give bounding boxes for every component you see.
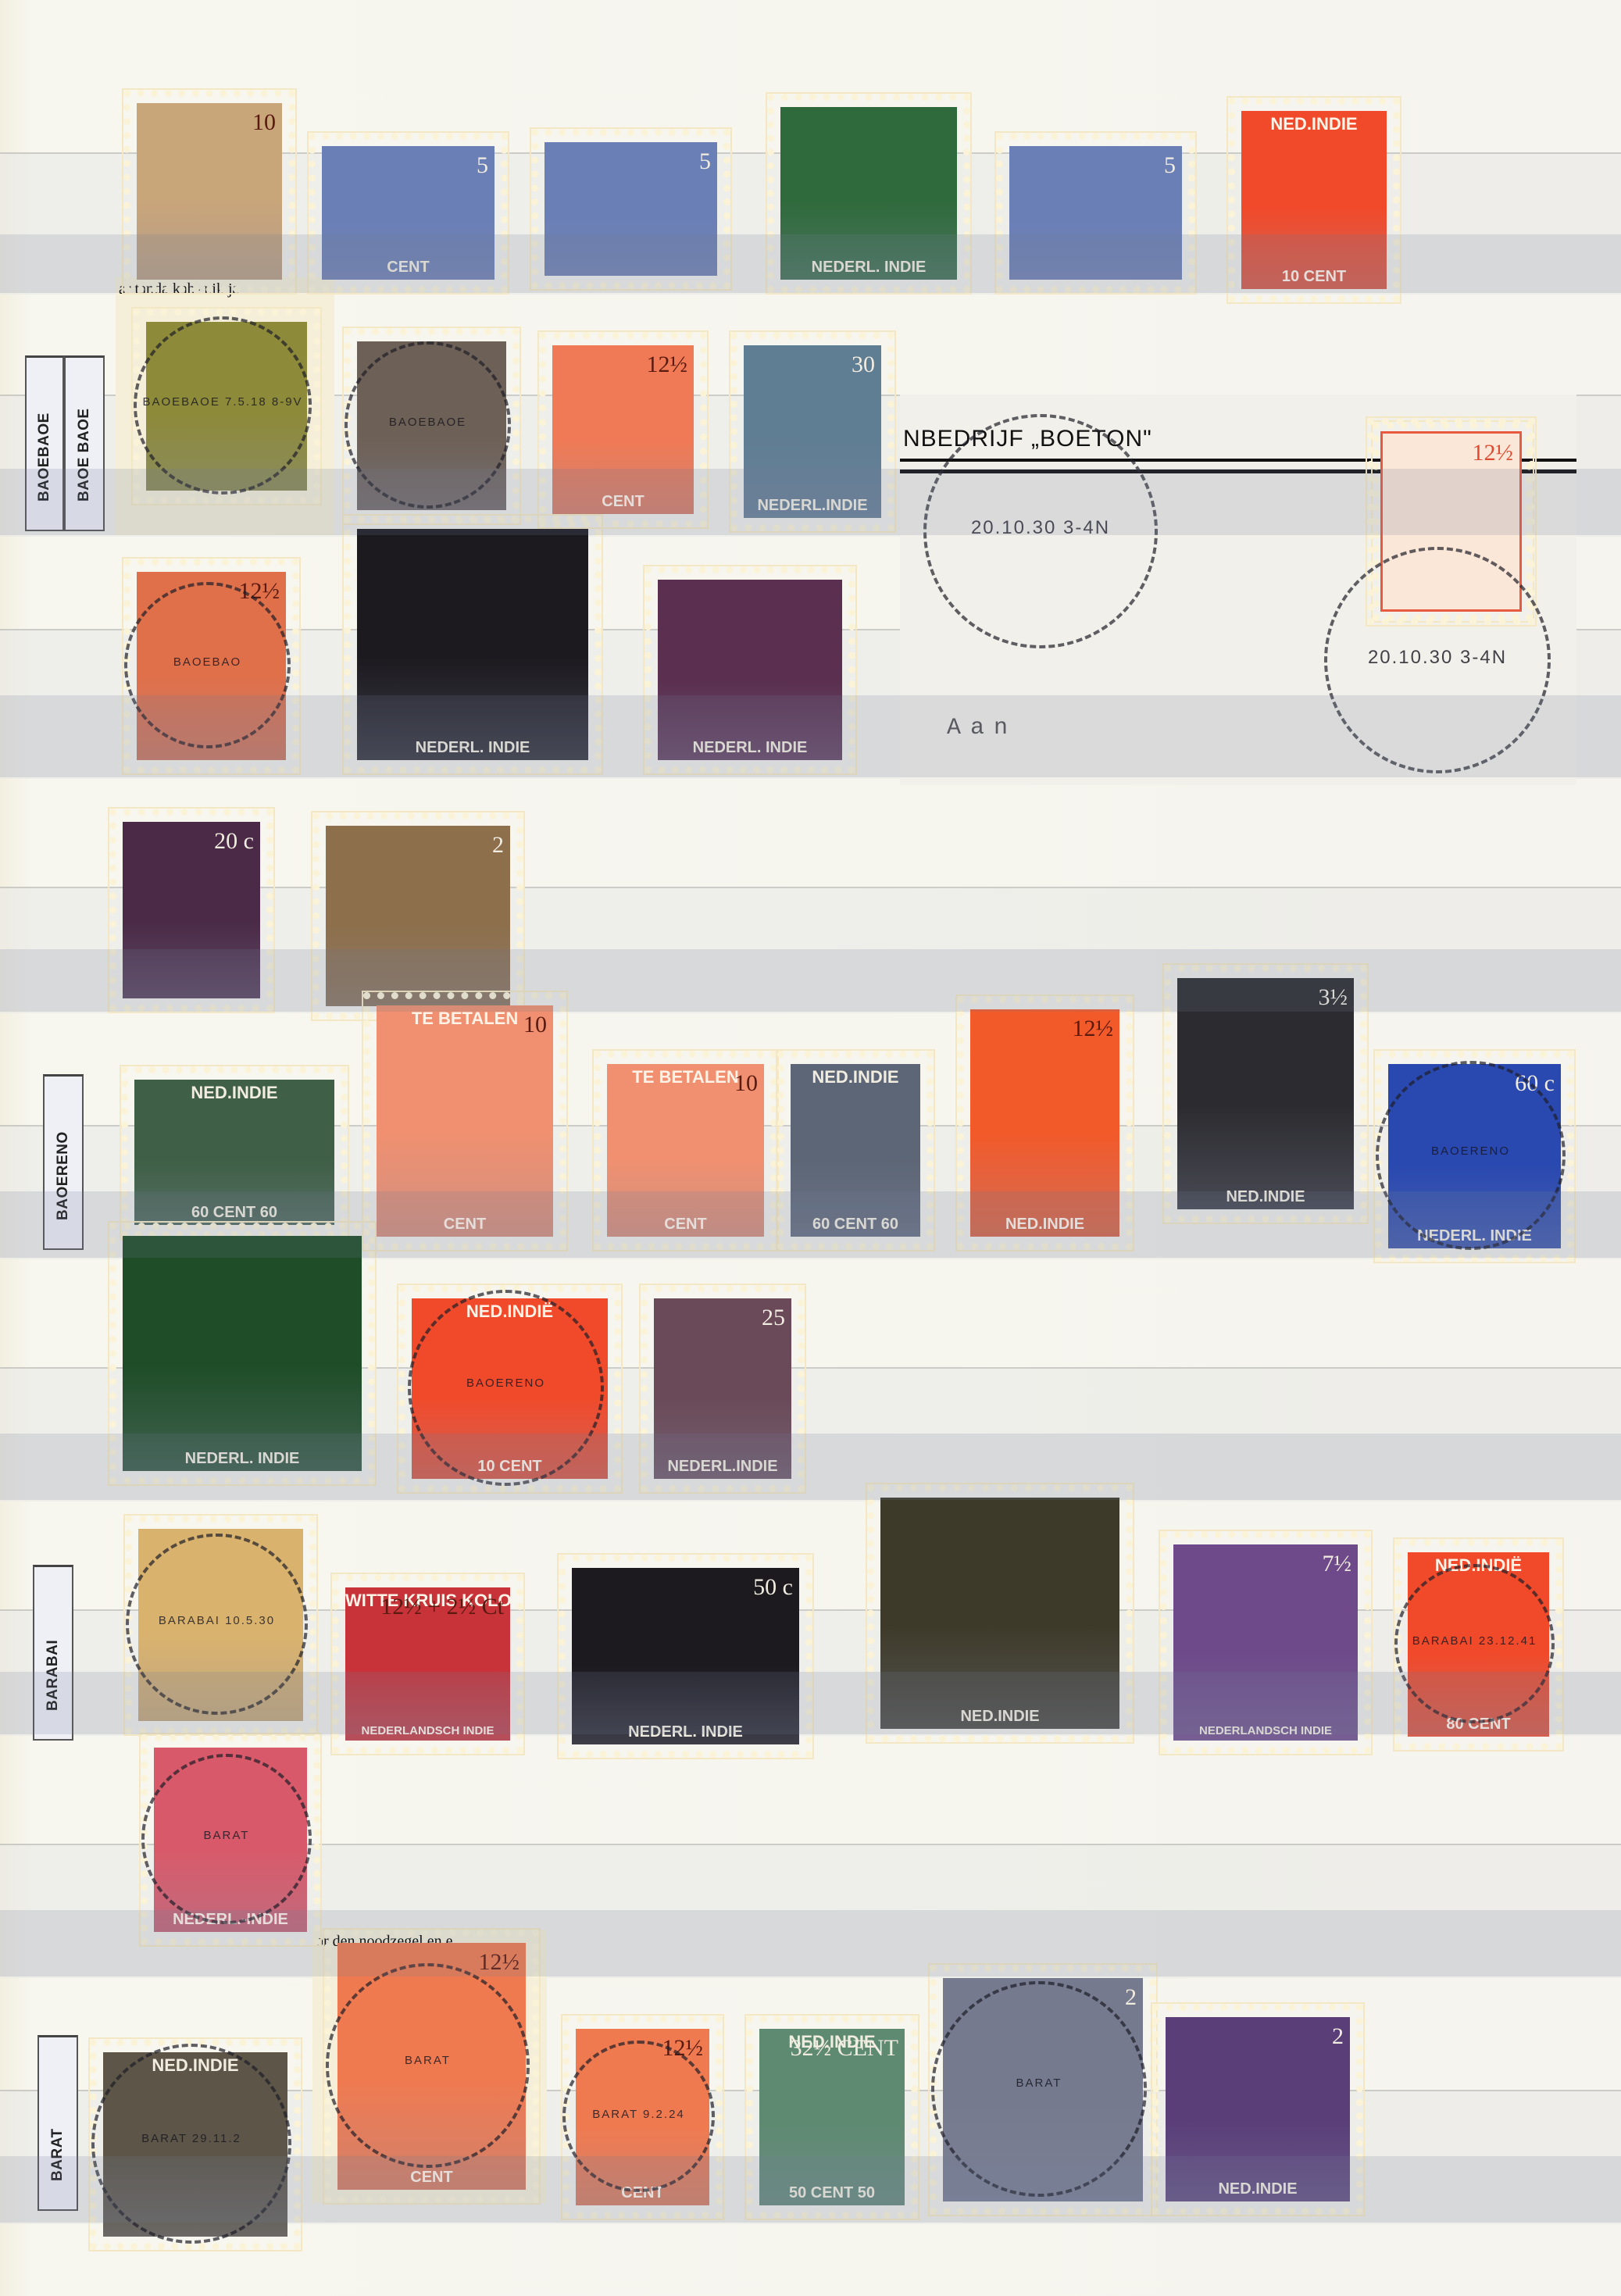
stamp-design: 12½ xyxy=(137,572,286,760)
stamp: BAOEBAOE 7.5.18 8-9V xyxy=(133,309,320,504)
stamp-inscription-bottom: 60 CENT 60 xyxy=(134,1204,334,1222)
stamp: 2BARAT xyxy=(930,1965,1156,2215)
stamp-design: 7½NEDERLANDSCH INDIE xyxy=(1173,1544,1358,1741)
section-label-baoereno: BAOERENO xyxy=(43,1074,84,1250)
stamp-inscription-bottom: 10 CENT xyxy=(1241,268,1387,286)
stamp-inscription-bottom: 80 CENT xyxy=(1408,1716,1549,1734)
stamp-inscription-bottom: NEDERL.INDIE xyxy=(654,1458,791,1476)
stamp: NED.INDIE10 CENT xyxy=(1228,98,1400,302)
stamp-inscription-bottom: CENT xyxy=(576,2184,709,2202)
stamp-design: WITTE KRUIS KOLONIE 193112½ + 2½ CtNEDER… xyxy=(345,1587,510,1741)
stamp-design: 20 c xyxy=(123,822,260,998)
stamp-design: 3½NED.INDIE xyxy=(1177,978,1354,1209)
stamp-inscription-bottom: NED.INDIE xyxy=(970,1216,1119,1234)
stock-book-page: BAOEBAOE BAOE BAOE BAOERENO BARABAI BARA… xyxy=(0,0,1621,2296)
stamp: NED.INDIE60 CENT 60 xyxy=(121,1066,348,1238)
stamp-design: 12½CENT xyxy=(337,1943,526,2190)
stamp-design: 12½CENT xyxy=(552,345,694,514)
stamp-denomination: 2 xyxy=(1332,2023,1344,2050)
stamp-design: 2 xyxy=(943,1978,1143,2201)
cover-header-text: NBEDRIJF „BOETON" xyxy=(903,426,1152,452)
stamp: NEDERL.-INDIEBARAT xyxy=(141,1734,320,1945)
stamp-denomination: 12½ xyxy=(239,578,280,605)
stamp-denomination: 12½ + 2½ Ct xyxy=(380,1594,504,1620)
stamp: NEDERL. INDIE xyxy=(109,1223,375,1484)
stamp-design: 60 cNEDERL. INDIE xyxy=(1388,1064,1561,1248)
stamp-design: 5 xyxy=(1009,146,1182,280)
stamp-inscription-bottom: NEDERL. INDIE xyxy=(572,1723,799,1741)
stamp-design: NED.INDIE32½ CENT50 CENT 50 xyxy=(759,2029,905,2205)
stamp-design: 2 xyxy=(326,826,510,1006)
stamp-denomination: 5 xyxy=(699,148,711,175)
stamp-design: TE BETALEN10CENT xyxy=(377,1005,553,1237)
stamp: 12½CENT xyxy=(539,332,707,527)
stamp: 25NEDERL.INDIE xyxy=(641,1285,805,1492)
stamp-design: NED.INDIE xyxy=(103,2052,287,2237)
stamp: 12½NED.INDIE xyxy=(957,996,1133,1250)
section-label-baoebaoe: BAOEBAOE xyxy=(25,355,64,531)
stamp-inscription-bottom: NED.INDIE xyxy=(1166,2180,1350,2198)
stamp-denomination: 3½ xyxy=(1319,984,1348,1011)
stamp-denomination: 12½ xyxy=(1073,1016,1114,1042)
stamp-design: NED.INDIE60 CENT 60 xyxy=(791,1064,920,1237)
stamp: 60 cNEDERL. INDIEBAOERENO xyxy=(1375,1051,1574,1262)
stamp: NED.INDIE60 CENT 60 xyxy=(777,1051,934,1250)
stamp-denomination: 2 xyxy=(1125,1984,1137,2011)
section-label-barat: BARAT xyxy=(37,2035,78,2211)
stamp-design: NEDERL.-INDIE xyxy=(154,1748,307,1932)
stamp-design: 12½ xyxy=(1380,431,1522,612)
section-label-barabai: BARABAI xyxy=(33,1565,73,1741)
stamp-denomination: 7½ xyxy=(1323,1551,1352,1577)
stamp-inscription-top: NED.INDIE xyxy=(791,1067,920,1087)
stamp: 5 xyxy=(531,129,730,289)
stamp-design: NEDERL. INDIE xyxy=(357,529,588,760)
stamp: 5 xyxy=(996,133,1195,293)
cover-stamp: 12½ xyxy=(1367,418,1535,625)
stamp: NED.INDIË80 CENTBARABAI 23.12.41 xyxy=(1394,1539,1562,1750)
stamp-design: 30NEDERL.INDIE xyxy=(744,345,881,518)
stamp-design xyxy=(146,322,307,491)
stamp-design xyxy=(138,1529,303,1721)
stamp-denomination: 5 xyxy=(1164,152,1176,179)
stamp-design xyxy=(357,341,506,510)
stamp-denomination: 10 xyxy=(252,109,276,136)
stamp-denomination: 12½ xyxy=(662,2035,704,2062)
stamp-design: 12½CENT xyxy=(576,2029,709,2205)
stamp-denomination: 10 xyxy=(523,1012,547,1038)
stamp-inscription-top: NED.INDIË xyxy=(1408,1555,1549,1576)
stamp-inscription-bottom: NEDERL. INDIE xyxy=(658,739,842,757)
stamp: 2 xyxy=(312,812,523,1019)
stamp-inscription-bottom: 10 CENT xyxy=(412,1458,608,1476)
stamp: TE BETALEN10CENT xyxy=(363,992,566,1250)
stamp-inscription-bottom: CENT xyxy=(337,2169,526,2187)
stamp-design: 10 xyxy=(137,103,282,280)
stamp-design: NED.INDIE10 CENT xyxy=(1241,111,1387,289)
stamp: WITTE KRUIS KOLONIE 193112½ + 2½ CtNEDER… xyxy=(332,1574,523,1754)
stamp-design: NEDERL. INDIE xyxy=(658,580,842,760)
stamp-inscription-bottom: NEDERL.-INDIE xyxy=(154,1911,307,1929)
stamp-inscription-top: NED.INDIE xyxy=(134,1083,334,1103)
stamp-design: NEDERL. INDIE xyxy=(123,1236,362,1471)
stamp-design: 25NEDERL.INDIE xyxy=(654,1298,791,1479)
stamp-design: 50 cNEDERL. INDIE xyxy=(572,1568,799,1744)
stamp-inscription-bottom: NED.INDIE xyxy=(1177,1188,1354,1206)
stamp-denomination: 20 c xyxy=(214,828,254,855)
stamp-design: NED.INDIE60 CENT 60 xyxy=(134,1080,334,1225)
stamp: 12½BAOEBAO xyxy=(123,559,299,773)
stamp: BARABAI 10.5.30 xyxy=(125,1516,316,1734)
stamp: NEDERL. INDIE xyxy=(644,566,855,773)
stamp: 7½NEDERLANDSCH INDIE xyxy=(1160,1531,1371,1754)
stamp-inscription-bottom: NEDERL. INDIE xyxy=(123,1450,362,1468)
stamp-inscription-bottom: CENT xyxy=(552,493,694,511)
stamp-inscription-bottom: 60 CENT 60 xyxy=(791,1216,920,1234)
stamp-inscription-bottom: NEDERL. INDIE xyxy=(357,739,588,757)
stamp-inscription-top: NED.INDIE xyxy=(1241,114,1387,134)
section-label-baoe-baoe: BAOE BAOE xyxy=(64,355,105,531)
stamp-denomination: 30 xyxy=(852,352,875,378)
stamp: 3½NED.INDIE xyxy=(1164,965,1367,1223)
stamp: 30NEDERL.INDIE xyxy=(730,332,894,531)
stamp: 10 xyxy=(123,90,295,293)
stamp-design: NED.INDIE xyxy=(880,1498,1119,1729)
stamp-inscription-top: NED.INDIE xyxy=(103,2055,287,2076)
stamp-inscription-bottom: CENT xyxy=(322,259,495,277)
stamp: TE BETALEN10CENT xyxy=(594,1051,777,1250)
stamp-inscription-bottom: CENT xyxy=(377,1216,553,1234)
stamp-design: NED.INDIË10 CENT xyxy=(412,1298,608,1479)
stamp-denomination: 50 c xyxy=(753,1574,793,1601)
stamp-design: TE BETALEN10CENT xyxy=(607,1064,764,1237)
stamp-inscription-bottom: NEDERLANDSCH INDIE xyxy=(345,1724,510,1737)
stamp-denomination: 10 xyxy=(734,1070,758,1097)
stamp-design: 12½NED.INDIE xyxy=(970,1009,1119,1237)
stamp: BAOEBAOE xyxy=(344,328,520,523)
stamp-denomination: 2 xyxy=(492,832,504,859)
stamp-denomination: 25 xyxy=(762,1305,785,1331)
stamp-inscription-bottom: NEDERLANDSCH INDIE xyxy=(1173,1724,1358,1737)
stamp-denomination: 5 xyxy=(477,152,488,179)
stamp-denomination: 60 c xyxy=(1515,1070,1555,1097)
stamp-inscription-bottom: CENT xyxy=(607,1216,764,1234)
stamp-inscription-top: NED.INDIË xyxy=(412,1302,608,1322)
cover-addressee-line: Aan xyxy=(947,715,1017,741)
stamp-design: 5CENT xyxy=(322,146,495,280)
stamp: NEDERL. INDIE xyxy=(344,516,602,773)
stamp: NED.INDIEBARAT 29.11.2 xyxy=(90,2039,301,2250)
stamp-design: NED.INDIË80 CENT xyxy=(1408,1552,1549,1737)
stamp-inscription-bottom: 50 CENT 50 xyxy=(759,2184,905,2202)
stamp: NEDERL. INDIE xyxy=(767,94,970,293)
stamp: 20 c xyxy=(109,809,273,1012)
stamp: 50 cNEDERL. INDIE xyxy=(559,1555,812,1758)
stamp-inscription-bottom: NEDERL. INDIE xyxy=(1388,1227,1561,1245)
stamp-design: 2NED.INDIE xyxy=(1166,2017,1350,2201)
stamp-inscription-bottom: NEDERL.INDIE xyxy=(744,497,881,515)
stamp: NED.INDIE32½ CENT50 CENT 50 xyxy=(746,2016,918,2219)
stamp: 2NED.INDIE xyxy=(1152,2004,1363,2215)
stamp: 5CENT xyxy=(309,133,508,293)
stamp-design: NEDERL. INDIE xyxy=(780,107,957,280)
stamp-denomination: 12½ xyxy=(479,1949,520,1976)
stamp: NED.INDIË10 CENTBAOERENO xyxy=(398,1285,621,1492)
stamp-inscription-bottom: NEDERL. INDIE xyxy=(780,259,957,277)
stamp: 12½CENTBARAT xyxy=(324,1930,539,2203)
stamp: 12½CENTBARAT 9.2.24 xyxy=(562,2016,723,2219)
stamp-inscription-bottom: NED.INDIE xyxy=(880,1708,1119,1726)
stamp-denomination: 32½ CENT xyxy=(791,2035,898,2062)
stamp: NED.INDIE xyxy=(867,1484,1133,1742)
stamp-denomination: 12½ xyxy=(1473,440,1514,466)
stamp-denomination: 12½ xyxy=(647,352,688,378)
stamp-design: 5 xyxy=(544,142,717,276)
